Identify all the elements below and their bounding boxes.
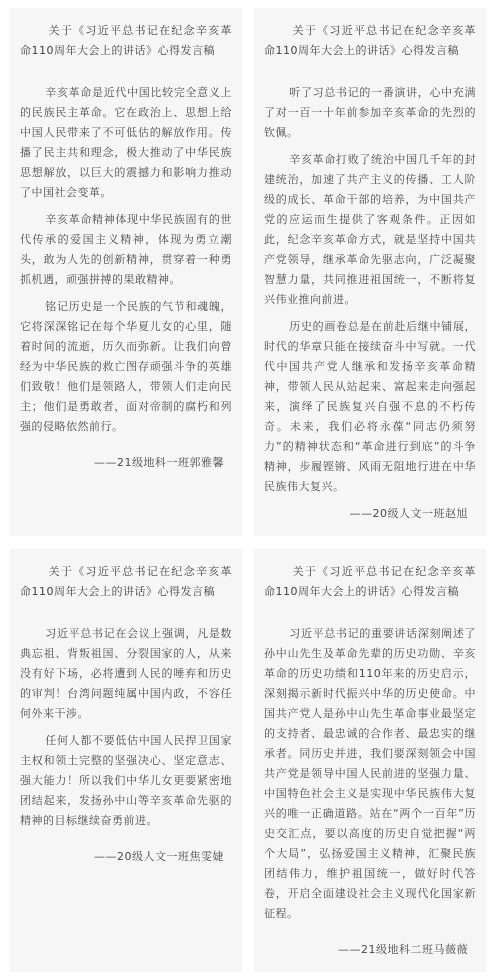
essay-signature: ——20级人文一班焦雯婕 (20, 847, 232, 867)
essay-paragraph: 辛亥革命是近代中国比较完全意义上的民族民主革命。它在政治上、思想上给中国人民带来… (20, 83, 232, 203)
essay-paragraph: 任何人都不要低估中国人民捍卫国家主权和领土完整的坚强决心、坚定意志、强大能力！所… (20, 731, 232, 831)
essay-card-top-left: 关于《习近平总书记在纪念辛亥革命110周年大会上的讲话》心得发言稿 辛亥革命是近… (10, 8, 242, 536)
essay-title: 关于《习近平总书记在纪念辛亥革命110周年大会上的讲话》心得发言稿 (264, 562, 476, 602)
essay-card-bottom-left: 关于《习近平总书记在纪念辛亥革命110周年大会上的讲话》心得发言稿 习近平总书记… (10, 549, 242, 972)
essay-paragraph: 铭记历史是一个民族的气节和魂魄，它将深深铭记在每个华夏儿女的心里，随着时间的流逝… (20, 297, 232, 437)
essay-paragraph: 历史的画卷总是在前赴后继中铺展，时代的华章只能在接续奋斗中写就。一代代中国共产党… (264, 317, 476, 497)
essay-paragraph: 习近平总书记的重要讲话深刻阐述了孙中山先生及革命先辈的历史功勋、辛亥革命的历史功… (264, 624, 476, 924)
essay-title: 关于《习近平总书记在纪念辛亥革命110周年大会上的讲话》心得发言稿 (20, 21, 232, 61)
essay-signature: ——21级地科二班马薇薇 (264, 940, 476, 960)
essay-paragraph: 听了习总书记的一番演讲，心中充满了对一百一十年前参加辛亥革命的先烈的钦佩。 (264, 83, 476, 143)
essay-grid: 关于《习近平总书记在纪念辛亥革命110周年大会上的讲话》心得发言稿 辛亥革命是近… (0, 0, 494, 980)
essay-title: 关于《习近平总书记在纪念辛亥革命110周年大会上的讲话》心得发言稿 (20, 562, 232, 602)
essay-paragraph: 辛亥革命精神体现中华民族固有的世代传承的爱国主义精神，体现为勇立潮头，敢为人先的… (20, 210, 232, 290)
essay-paragraph: 习近平总书记在会议上强调，凡是数典忘祖、背叛祖国、分裂国家的人，从来没有好下场，… (20, 624, 232, 724)
essay-paragraph: 辛亥革命打败了统治中国几千年的封建统治，加速了共产主义的传播、工人阶级的成长、革… (264, 150, 476, 310)
essay-card-top-right: 关于《习近平总书记在纪念辛亥革命110周年大会上的讲话》心得发言稿 听了习总书记… (254, 8, 486, 536)
essay-signature: ——20级人文一班赵旭 (264, 504, 476, 524)
essay-title: 关于《习近平总书记在纪念辛亥革命110周年大会上的讲话》心得发言稿 (264, 21, 476, 61)
essay-card-bottom-right: 关于《习近平总书记在纪念辛亥革命110周年大会上的讲话》心得发言稿 习近平总书记… (254, 549, 486, 972)
essay-signature: ——21级地科一班郭雅馨 (20, 453, 232, 473)
